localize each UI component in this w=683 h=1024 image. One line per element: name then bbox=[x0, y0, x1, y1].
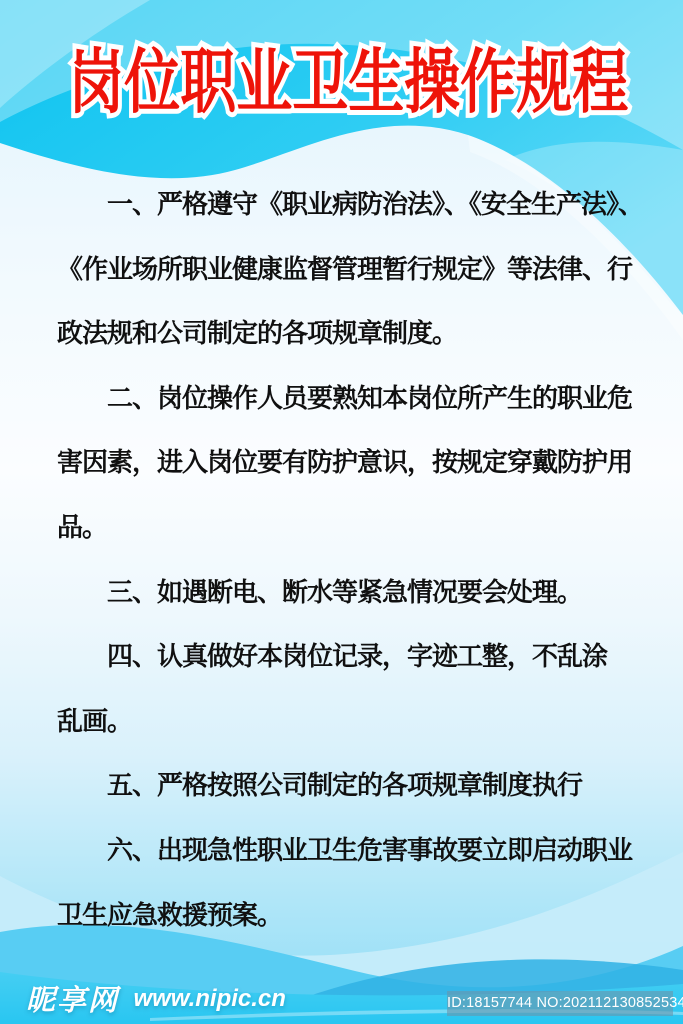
image-id-badge: ID:18157744 NO:20211213085253442101 bbox=[447, 991, 673, 1016]
rule-2-line-1: 二、岗位操作人员要熟知本岗位所产生的职业危 bbox=[57, 366, 642, 431]
rule-4-line-2: 乱画。 bbox=[57, 689, 642, 754]
rule-3-line-1: 三、如遇断电、断水等紧急情况要会处理。 bbox=[57, 560, 642, 625]
poster-root: 岗位职业卫生操作规程 岗位职业卫生操作规程 一、严格遵守《职业病防治法》、《安全… bbox=[0, 0, 683, 1024]
rules-body: 一、严格遵守《职业病防治法》、《安全生产法》、 《作业场所职业健康监督管理暂行规… bbox=[57, 172, 642, 947]
watermark-site-name: 昵享网 bbox=[26, 985, 119, 1017]
page-title-text: 岗位职业卫生操作规程 bbox=[68, 34, 614, 130]
rule-1-line-3: 政法规和公司制定的各项规章制度。 bbox=[57, 301, 642, 366]
page-title: 岗位职业卫生操作规程 岗位职业卫生操作规程 bbox=[68, 34, 614, 134]
rule-6-line-1: 六、出现急性职业卫生危害事故要立即启动职业 bbox=[57, 818, 642, 883]
rule-4-line-1: 四、认真做好本岗位记录，字迹工整，不乱涂 bbox=[57, 624, 642, 689]
watermark-site-url: www.nipic.cn bbox=[133, 985, 285, 1012]
rule-2-line-3: 品。 bbox=[57, 495, 642, 560]
rule-2-line-2: 害因素，进入岗位要有防护意识，按规定穿戴防护用 bbox=[57, 430, 642, 495]
rule-1-line-1: 一、严格遵守《职业病防治法》、《安全生产法》、 bbox=[57, 172, 642, 237]
rule-6-line-2: 卫生应急救援预案。 bbox=[57, 883, 642, 948]
rule-1-line-2: 《作业场所职业健康监督管理暂行规定》等法律、行 bbox=[57, 237, 642, 302]
rule-5-line-1: 五、严格按照公司制定的各项规章制度执行 bbox=[57, 753, 642, 818]
watermark: 昵享网 www.nipic.cn bbox=[26, 978, 286, 1014]
